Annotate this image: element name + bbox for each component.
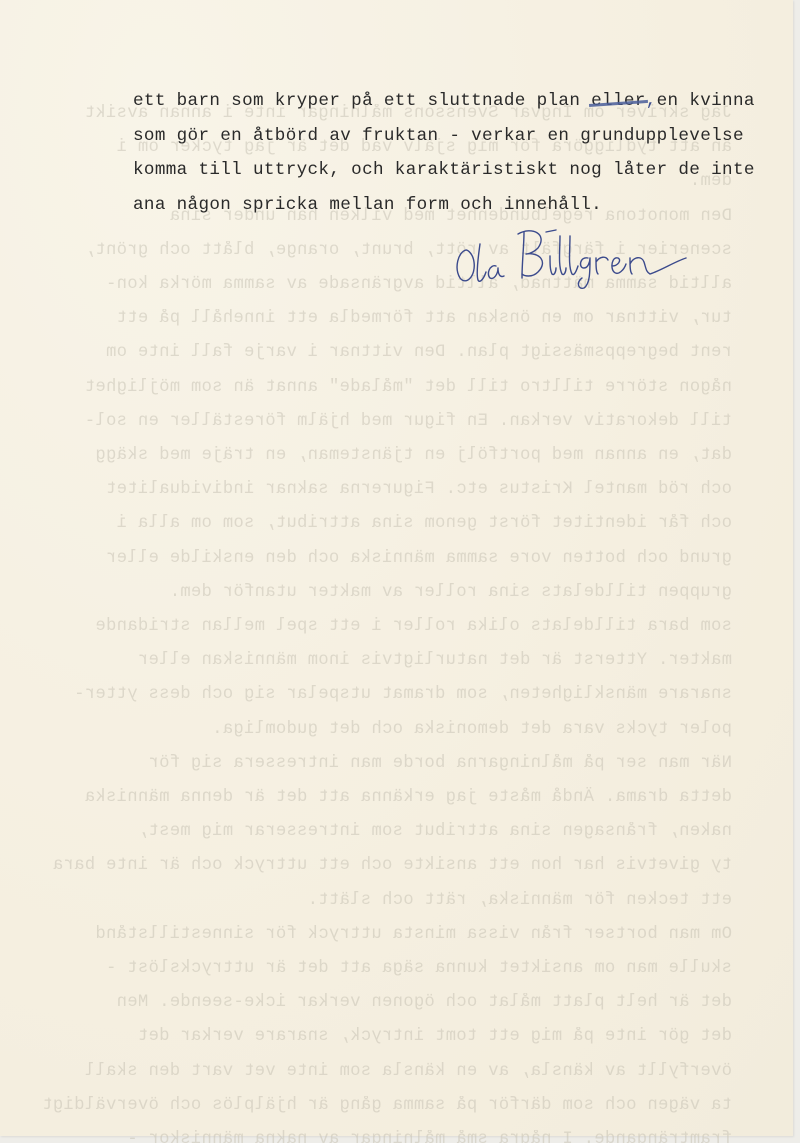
typed-text-block: ett barn som kryper på ett sluttnade pla… [133,84,755,222]
line-1-after: en kvinna [657,91,755,111]
show-through-line: naken, frånsagen sina attribut som intre… [0,822,732,841]
show-through-line: och röd mantel Kristus etc. Figurerna sa… [0,480,732,499]
show-through-line: tur, vittnar om en önskan att förmedla e… [0,309,732,328]
show-through-line: rent begreppsmässigt plan. Den vittnar i… [0,343,732,362]
show-through-line: det är helt platt målat och ögonen verka… [0,993,732,1012]
show-through-line: skulle man om ansiktet kunna säga att de… [0,959,732,978]
show-through-line: gruppen tilldelats sina roller av makter… [0,583,732,602]
show-through-line: och får identitet först genom sina attri… [0,514,732,533]
handwritten-signature [452,222,702,292]
show-through-line: grund och botten vore samma människa och… [0,549,732,568]
show-through-line: någon större tilltro till det "målade" a… [0,378,732,397]
show-through-line: dat, en annan med portfölj en tjänsteman… [0,446,732,465]
document-page: Jag skriver om Ingvar Svenssons målninga… [0,0,793,1136]
show-through-line: ett tecken för människa, rätt och slätt. [0,891,732,910]
show-through-line: Om man bortser från vissa minsta uttryck… [0,925,732,944]
typed-line-1: ett barn som kryper på ett sluttnade pla… [133,84,755,119]
struck-word: eller [591,84,646,119]
show-through-line: När man ser på målningarna borde man int… [0,754,732,773]
show-through-line: poler tycks vara det demoniska och det g… [0,720,732,739]
show-through-line: ta vägen och som därför på samma gång är… [0,1096,732,1115]
typed-line-3: komma till uttryck, och karaktäristiskt … [133,153,755,188]
show-through-line: det gör inte på mig ett tomt intryck, sn… [0,1027,732,1046]
show-through-line: snarare mänskligheten, som dramat utspel… [0,685,732,704]
line-1-before: ett barn som kryper på ett sluttnade pla… [133,91,591,111]
show-through-line: detta drama. Ändå måste jag erkänna att … [0,788,732,807]
typed-line-2: som gör en åtbörd av fruktan - verkar en… [133,119,755,154]
show-through-line: som bara tilldelats olika roller i ett s… [0,617,732,636]
show-through-line: ty givetvis har hon ett ansikte och ett … [0,856,732,875]
typed-line-4: ana någon spricka mellan form och innehå… [133,188,755,223]
show-through-line: till dekorativ verkan. En figur med hjäl… [0,412,732,431]
show-through-line: framträngande. I några små målningar av … [0,1130,732,1143]
show-through-line: makter. Ytterst är det naturligtvis inom… [0,651,732,670]
show-through-line: överfyllt av känsla, av en känsla som in… [0,1062,732,1081]
